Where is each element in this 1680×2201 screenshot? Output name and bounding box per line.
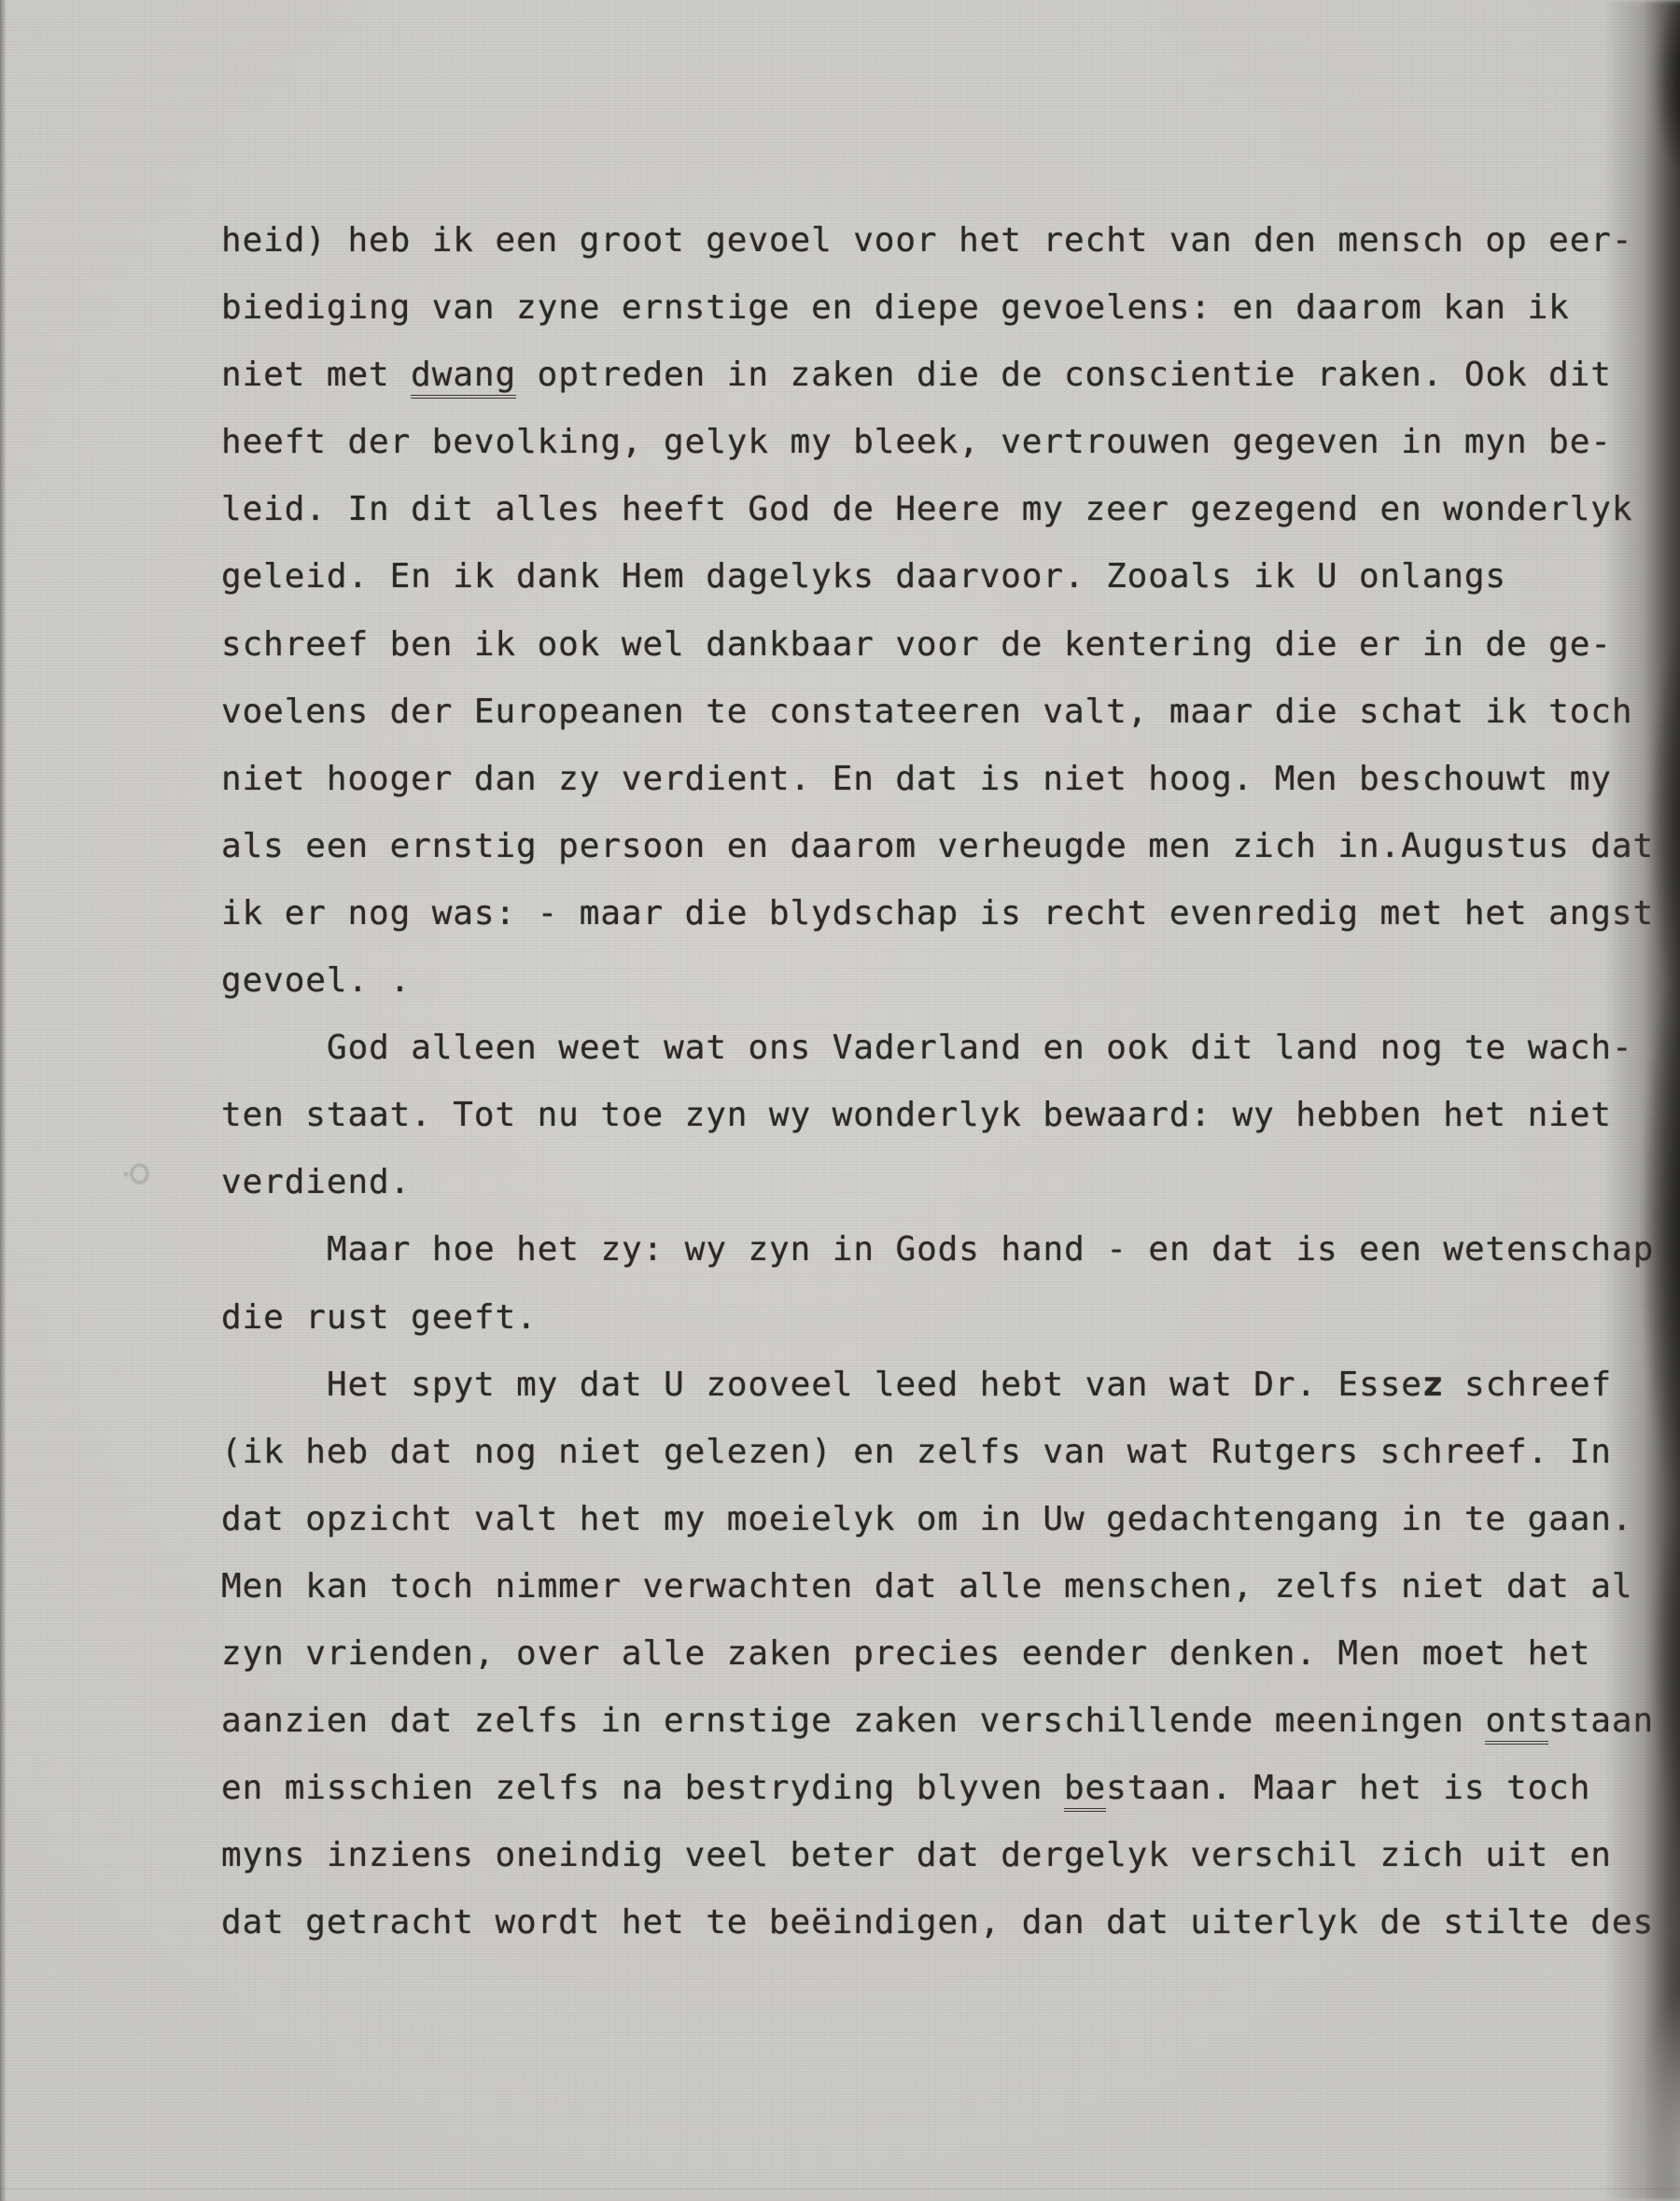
text-segment: Het spyt my dat U zooveel leed hebt van … — [327, 1366, 1422, 1404]
text-line: biediging van zyne ernstige en diepe gev… — [221, 274, 1663, 342]
text-segment: verdiend. — [221, 1163, 411, 1201]
text-segment: staan. Maar het is toch — [1106, 1769, 1590, 1807]
text-line: Het spyt my dat U zooveel leed hebt van … — [221, 1352, 1663, 1419]
right-scan-edge — [1603, 0, 1680, 2201]
scanned-letter-page: { "page": { "kind": "typewritten-letter-… — [0, 0, 1680, 2201]
text-segment: dat opzicht valt het my moeielyk om in U… — [221, 1500, 1632, 1538]
text-segment: geleid. En ik dank Hem dagelyks daarvoor… — [221, 557, 1506, 596]
text-line: verdiend. — [221, 1149, 1663, 1216]
text-line: ik er nog was: - maar die blydschap is r… — [221, 880, 1663, 947]
text-line: leid. In dit alles heeft God de Heere my… — [221, 476, 1663, 543]
text-segment: ik er nog was: - maar die blydschap is r… — [221, 894, 1654, 932]
text-segment: als een ernstig persoon en daarom verheu… — [221, 827, 1654, 865]
text-segment: gevoel. . — [221, 961, 411, 1000]
letter-body-text: heid) heb ik een groot gevoel voor het r… — [221, 207, 1663, 1956]
text-segment: heid) heb ik een groot gevoel voor het r… — [221, 221, 1632, 259]
text-line: (ik heb dat nog niet gelezen) en zelfs v… — [221, 1419, 1663, 1486]
text-segment: myns inziens oneindig veel beter dat der… — [221, 1836, 1612, 1874]
margin-smudge — [131, 1164, 148, 1184]
text-segment: zyn vrienden, over alle zaken precies ee… — [221, 1634, 1590, 1673]
underlined-text: dwang — [411, 356, 516, 399]
text-line: voelens der Europeanen te constateeren v… — [221, 679, 1663, 746]
left-scan-edge — [0, 0, 7, 2201]
text-segment: God alleen weet wat ons Vaderland en ook… — [327, 1029, 1633, 1067]
text-segment: schreef ben ik ook wel dankbaar voor de … — [221, 625, 1612, 664]
text-segment: biediging van zyne ernstige en diepe gev… — [221, 288, 1570, 327]
text-segment: Maar hoe het zy: wy zyn in Gods hand - e… — [327, 1230, 1654, 1269]
text-segment: leid. In dit alles heeft God de Heere my… — [221, 490, 1632, 528]
text-line: als een ernstig persoon en daarom verheu… — [221, 813, 1663, 880]
text-segment: (ik heb dat nog niet gelezen) en zelfs v… — [221, 1433, 1612, 1471]
underlined-text: ont — [1485, 1702, 1548, 1745]
overstruck-text: z — [1422, 1366, 1444, 1404]
text-line: zyn vrienden, over alle zaken precies ee… — [221, 1620, 1663, 1688]
text-line: dat getracht wordt het te beëindigen, da… — [221, 1889, 1663, 1956]
text-line: schreef ben ik ook wel dankbaar voor de … — [221, 611, 1663, 679]
text-segment: dat getracht wordt het te beëindigen, da… — [221, 1903, 1654, 1942]
text-line: heid) heb ik een groot gevoel voor het r… — [221, 207, 1663, 274]
text-segment: en misschien zelfs na bestryding blyven — [221, 1769, 1064, 1807]
text-line: God alleen weet wat ons Vaderland en ook… — [221, 1015, 1663, 1082]
text-segment: heeft der bevolking, gelyk my bleek, ver… — [221, 423, 1612, 461]
text-line: niet met dwang optreden in zaken die de … — [221, 342, 1663, 409]
text-line: aanzien dat zelfs in ernstige zaken vers… — [221, 1688, 1663, 1755]
text-line: niet hooger dan zy verdient. En dat is n… — [221, 746, 1663, 813]
text-line: heeft der bevolking, gelyk my bleek, ver… — [221, 409, 1663, 476]
text-line: gevoel. . — [221, 947, 1663, 1015]
text-segment: niet met — [221, 356, 411, 394]
text-segment: ten staat. Tot nu toe zyn wy wonderlyk b… — [221, 1096, 1612, 1134]
text-line: dat opzicht valt het my moeielyk om in U… — [221, 1486, 1663, 1553]
text-segment: aanzien dat zelfs in ernstige zaken vers… — [221, 1702, 1485, 1740]
text-segment: optreden in zaken die de conscientie rak… — [516, 356, 1612, 394]
text-line: die rust geeft. — [221, 1284, 1663, 1352]
text-segment: niet hooger dan zy verdient. En dat is n… — [221, 760, 1612, 798]
text-segment: schreef — [1443, 1366, 1612, 1404]
underlined-text: be — [1064, 1769, 1106, 1812]
text-line: geleid. En ik dank Hem dagelyks daarvoor… — [221, 543, 1663, 610]
bottom-crease — [0, 2188, 1680, 2190]
text-line: ten staat. Tot nu toe zyn wy wonderlyk b… — [221, 1082, 1663, 1149]
text-segment: Men kan toch nimmer verwachten dat alle … — [221, 1567, 1632, 1605]
text-segment: voelens der Europeanen te constateeren v… — [221, 693, 1632, 731]
text-segment: die rust geeft. — [221, 1298, 538, 1337]
text-line: myns inziens oneindig veel beter dat der… — [221, 1822, 1663, 1889]
text-line: en misschien zelfs na bestryding blyven … — [221, 1755, 1663, 1822]
text-line: Men kan toch nimmer verwachten dat alle … — [221, 1553, 1663, 1620]
text-line: Maar hoe het zy: wy zyn in Gods hand - e… — [221, 1216, 1663, 1283]
